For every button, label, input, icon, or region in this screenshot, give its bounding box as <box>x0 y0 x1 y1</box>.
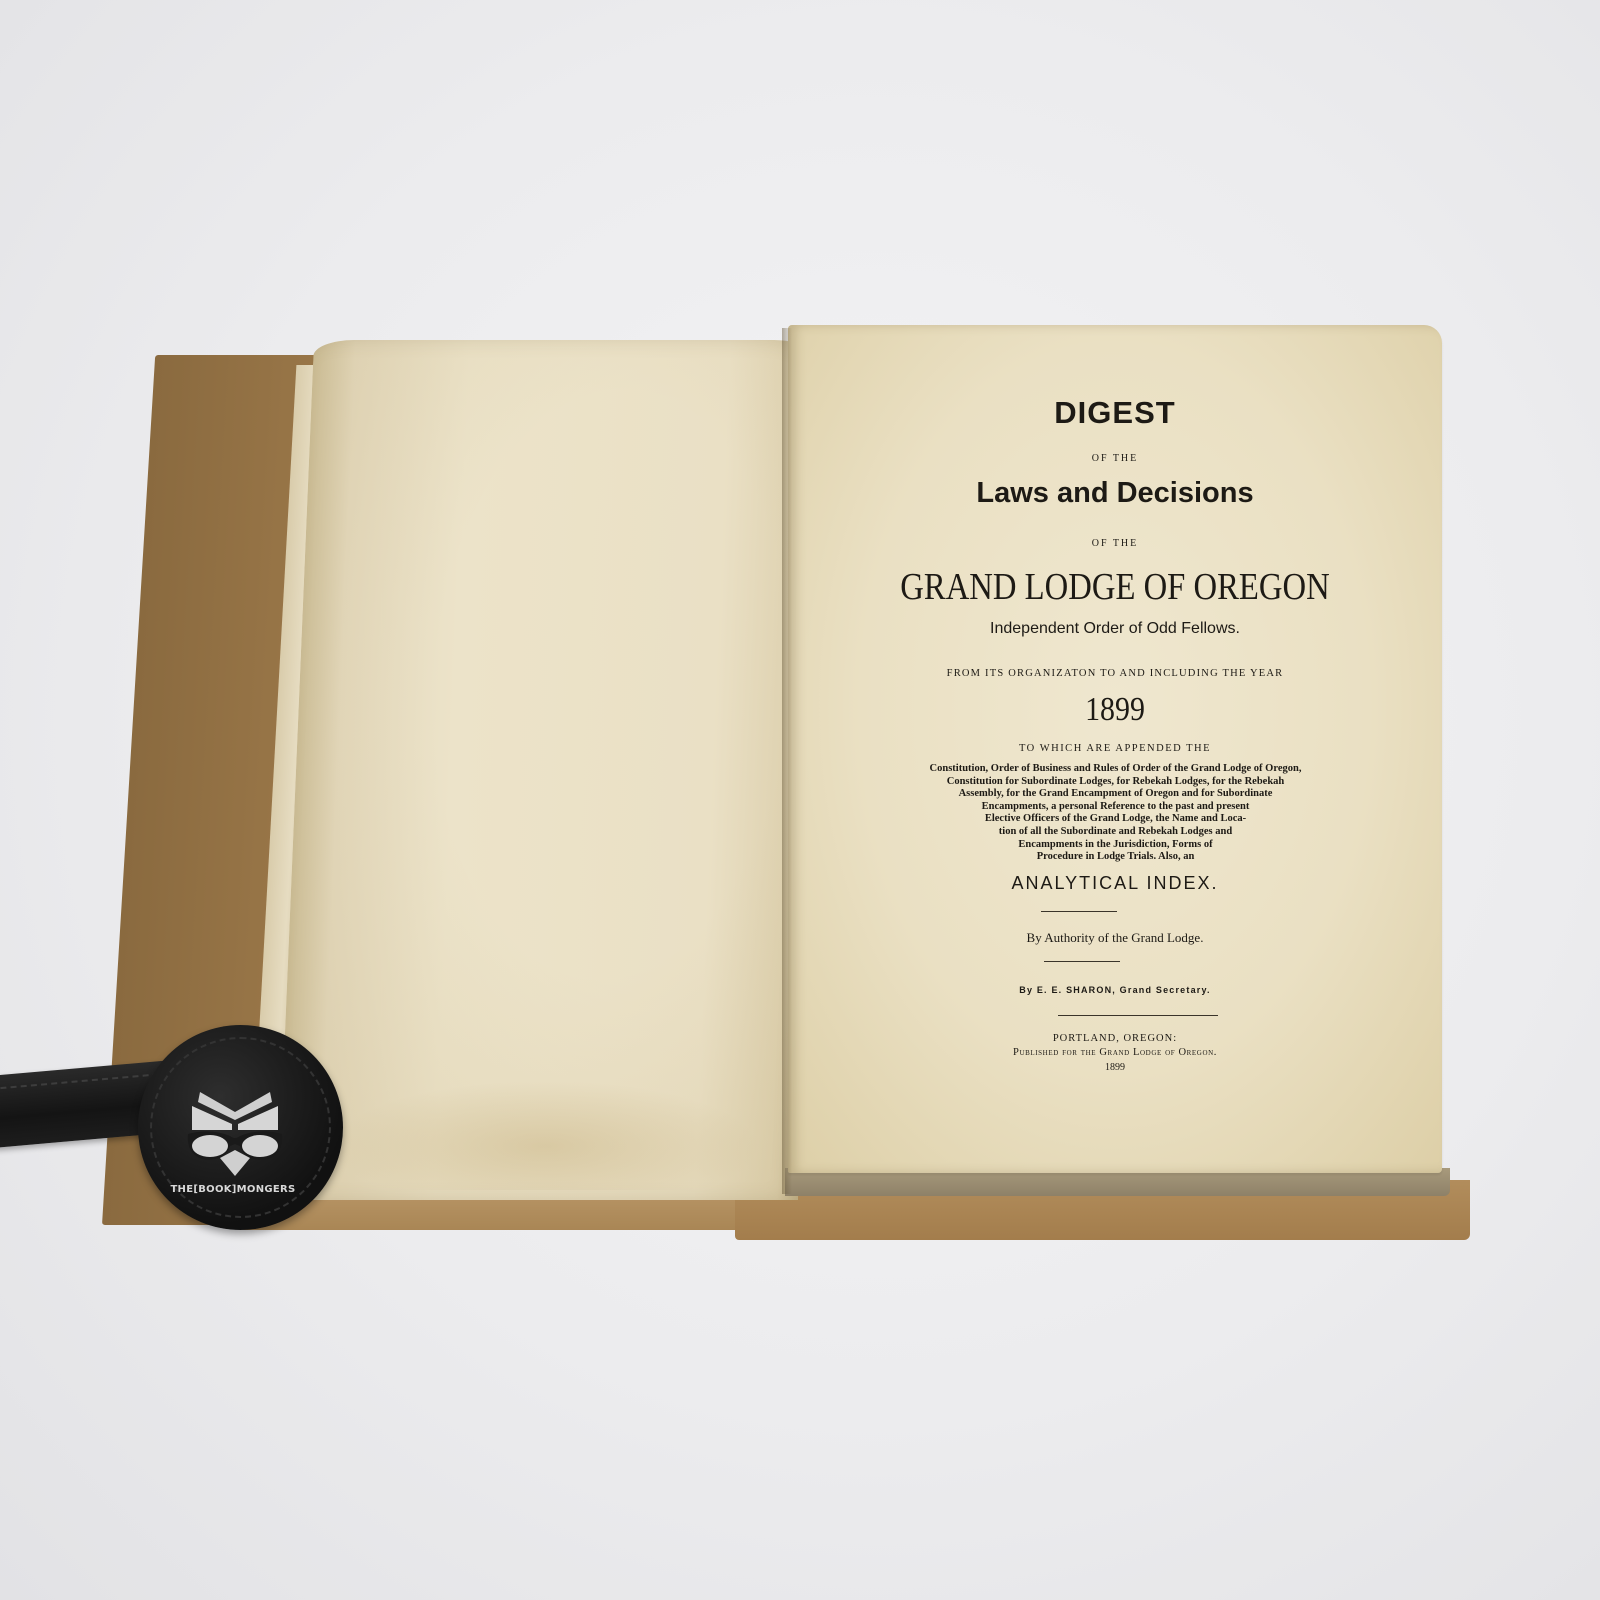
period-text: FROM ITS ORGANIZATON TO AND INCLUDING TH… <box>788 668 1442 679</box>
connector-text: OF THE <box>788 538 1442 549</box>
divider <box>1041 911 1117 912</box>
divider <box>1044 961 1120 962</box>
book-gutter <box>782 328 792 1194</box>
title-subject: Laws and Decisions <box>788 477 1442 510</box>
blank-left-page <box>278 340 834 1200</box>
organization-name: GRAND LODGE OF OREGON <box>834 565 1396 609</box>
description-line: Constitution for Subordinate Lodges, for… <box>843 776 1388 789</box>
order-name: Independent Order of Odd Fellows. <box>788 620 1442 638</box>
publication-place: PORTLAND, OREGON: <box>788 1033 1442 1044</box>
book-glasses-logo-icon <box>180 1090 290 1180</box>
publisher-line: Published for the Grand Lodge of Oregon. <box>788 1047 1442 1058</box>
photo-scene: DIGEST OF THE Laws and Decisions OF THE … <box>0 0 1600 1600</box>
description-line: tion of all the Subordinate and Rebekah … <box>843 826 1388 839</box>
divider <box>1058 1015 1218 1016</box>
title-heading: DIGEST <box>788 395 1442 431</box>
publication-year: 1899 <box>788 1062 1442 1073</box>
index-heading: ANALYTICAL INDEX. <box>788 873 1442 894</box>
appended-intro: TO WHICH ARE APPENDED THE <box>788 743 1442 754</box>
description-line: Encampments in the Jurisdiction, Forms o… <box>843 839 1388 852</box>
authority-line: By Authority of the Grand Lodge. <box>788 930 1442 946</box>
contents-description: Constitution, Order of Business and Rule… <box>843 763 1388 864</box>
description-line: Encampments, a personal Reference to the… <box>843 801 1388 814</box>
description-line: Procedure in Lodge Trials. Also, an <box>843 851 1388 864</box>
page-stain <box>330 1080 760 1190</box>
connector-text: OF THE <box>788 453 1442 464</box>
title-page: DIGEST OF THE Laws and Decisions OF THE … <box>788 325 1442 1173</box>
description-line: Assembly, for the Grand Encampment of Or… <box>843 788 1388 801</box>
bookmark-brand: THE[BOOK]MONGERS <box>163 1184 303 1195</box>
description-line: Constitution, Order of Business and Rule… <box>843 763 1388 776</box>
author-line: By E. E. SHARON, Grand Secretary. <box>788 985 1442 995</box>
year: 1899 <box>827 691 1403 729</box>
description-line: Elective Officers of the Grand Lodge, th… <box>843 813 1388 826</box>
